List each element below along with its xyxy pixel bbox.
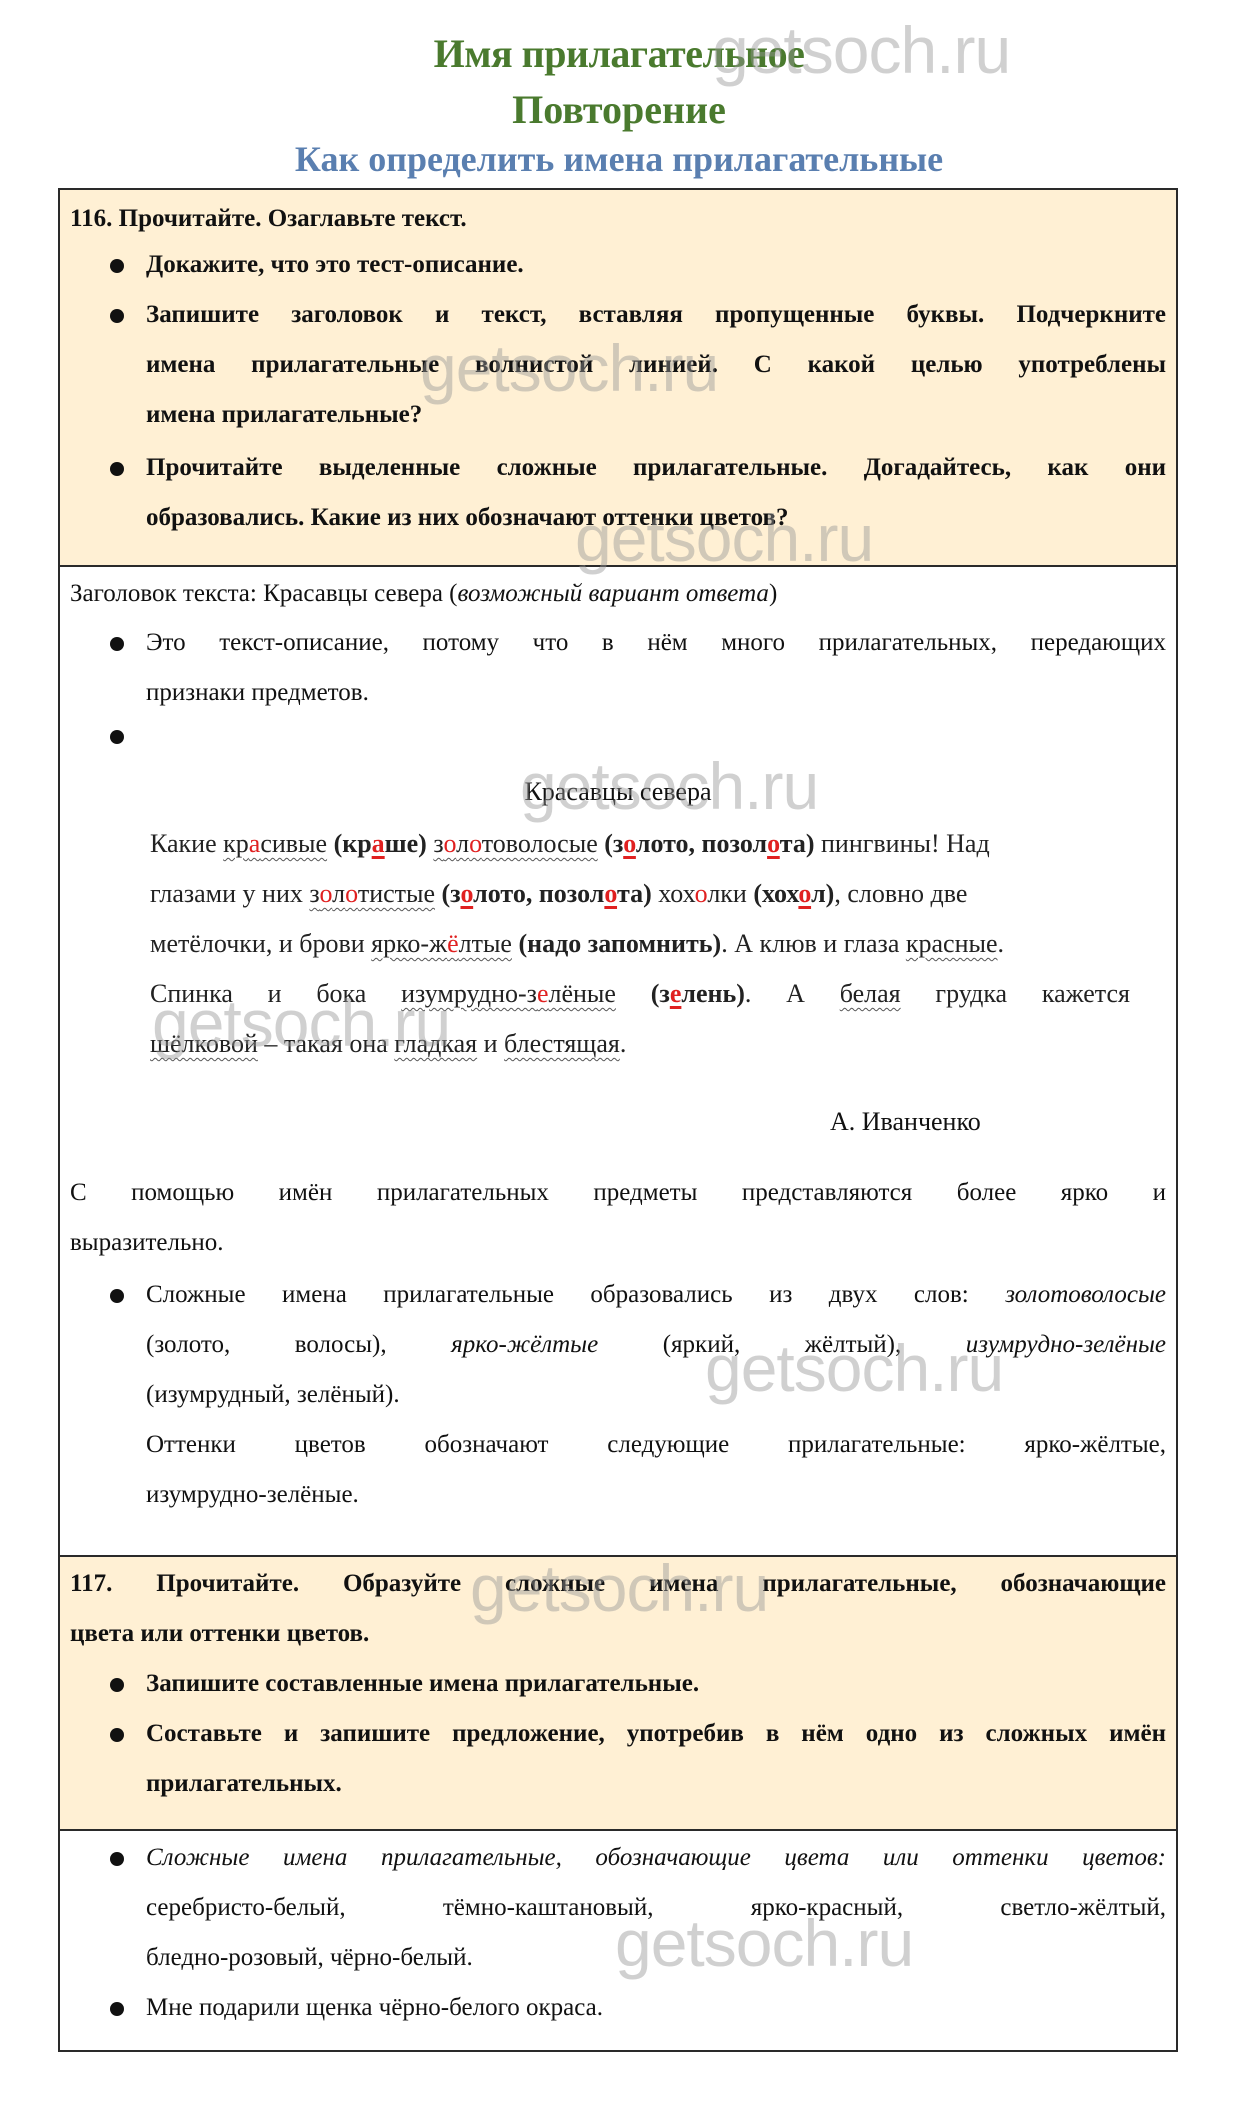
bullet-icon — [110, 259, 124, 273]
answer-117-sentence: Мне подарили щенка чёрно-белого окраса. — [146, 1993, 1166, 2023]
inset-text-line-4: Спинка и бока изумрудно-зелёные (зелень)… — [150, 979, 1130, 1009]
bullet-icon — [110, 1852, 124, 1866]
exercise-117-heading-line-2: цвета или оттенки цветов. — [70, 1619, 1166, 1649]
answer-title-note: возможный вариант ответа — [458, 580, 769, 607]
task-116-bullet-1: Докажите, что это тест-описание. — [146, 250, 1166, 280]
compound-word-2: ярко-жёлтые — [451, 1331, 598, 1358]
task-116-bullet-3-line-1: Прочитайте выделенные сложные прилагател… — [146, 453, 1166, 483]
answer-bullet-1-line-2: признаки предметов. — [146, 678, 1166, 708]
answer-117-adjectives-line-1: серебристо-белый, тёмно-каштановый, ярко… — [146, 1893, 1166, 1923]
compound-word-1-parts: (золото, волосы), — [146, 1331, 387, 1358]
bullet-icon — [110, 637, 124, 651]
exercise-116-task: 116. Прочитайте. Озаглавьте текст. Докаж… — [60, 190, 1176, 565]
compound-line-1: Сложные имена прилагательные образовалис… — [146, 1280, 1166, 1310]
task-116-bullet-2-line-2: имена прилагательные волнистой линией. С… — [146, 350, 1166, 380]
bullet-icon — [110, 462, 124, 476]
exercises-frame: 116. Прочитайте. Озаглавьте текст. Докаж… — [58, 188, 1178, 2052]
topic-title: Как определить имена прилагательные — [0, 138, 1238, 180]
inset-text-line-3: метёлочки, и брови ярко-жёлтые (надо зап… — [150, 929, 1130, 959]
inset-text-line-5: шёлковой – такая она гладкая и блестящая… — [150, 1029, 1130, 1059]
inset-text-author: А. Иванченко — [830, 1107, 1166, 1137]
task-117-bullet-2-line-2: прилагательных. — [146, 1769, 1166, 1799]
bullet-icon — [110, 1289, 124, 1303]
inset-text-title: Красавцы севера — [60, 777, 1176, 807]
compound-word-3: изумрудно-зелёные — [966, 1331, 1166, 1358]
bullet-icon — [110, 1678, 124, 1692]
exercise-117-task: 117. Прочитайте. Образуйте сложные имена… — [60, 1557, 1176, 1829]
exercise-117-answer: Сложные имена прилагательные, обозначающ… — [60, 1831, 1176, 2051]
bullet-icon — [110, 730, 124, 744]
bullet-icon — [110, 309, 124, 323]
purpose-line-1: С помощью имён прилагательных предметы п… — [70, 1178, 1166, 1208]
task-116-bullet-2-line-3: имена прилагательные? — [146, 400, 1166, 430]
task-117-bullet-1: Запишите составленные имена прилагательн… — [146, 1669, 1166, 1699]
page-title: Имя прилагательное — [0, 30, 1238, 77]
answer-117-intro: Сложные имена прилагательные, обозначающ… — [146, 1843, 1166, 1873]
purpose-line-2: выразительно. — [70, 1228, 1166, 1258]
shades-line-2: изумрудно-зелёные. — [146, 1480, 1166, 1510]
shades-line-1: Оттенки цветов обозначают следующие прил… — [146, 1430, 1166, 1460]
task-116-bullet-2-line-1: Запишите заголовок и текст, вставляя про… — [146, 300, 1166, 330]
compound-line-3: (изумрудный, зелёный). — [146, 1380, 1166, 1410]
inset-text-line-2: глазами у них золотистые (золото, позоло… — [150, 879, 1130, 909]
exercise-116-heading: 116. Прочитайте. Озаглавьте текст. — [70, 204, 1166, 234]
task-116-bullet-3-line-2: образовались. Какие из них обозначают от… — [146, 503, 1166, 533]
compound-intro: Сложные имена прилагательные образовалис… — [146, 1281, 969, 1308]
answer-title-close: ) — [769, 580, 777, 607]
exercise-117-heading-line-1: 117. Прочитайте. Образуйте сложные имена… — [70, 1569, 1166, 1599]
exercise-116-answer: Заголовок текста: Красавцы севера (возмо… — [60, 567, 1176, 1555]
compound-word-1: золотоволосые — [1005, 1281, 1166, 1308]
bullet-icon — [110, 2002, 124, 2016]
answer-title-line: Заголовок текста: Красавцы севера (возмо… — [70, 579, 1166, 609]
answer-bullet-1-line-1: Это текст-описание, потому что в нём мно… — [146, 628, 1166, 658]
bullet-icon — [110, 1728, 124, 1742]
compound-line-2: (золото, волосы), ярко-жёлтые (яркий, жё… — [146, 1330, 1166, 1360]
task-117-bullet-2-line-1: Составьте и запишите предложение, употре… — [146, 1719, 1166, 1749]
answer-117-adjectives-line-2: бледно-розовый, чёрно-белый. — [146, 1943, 1166, 1973]
compound-word-2-parts: (яркий, жёлтый), — [663, 1331, 902, 1358]
page-subtitle: Повторение — [0, 86, 1238, 133]
answer-title-label: Заголовок текста: Красавцы севера ( — [70, 580, 458, 607]
inset-text-line-1: Какие красивые (краше) золотоволосые (зо… — [150, 829, 1130, 859]
